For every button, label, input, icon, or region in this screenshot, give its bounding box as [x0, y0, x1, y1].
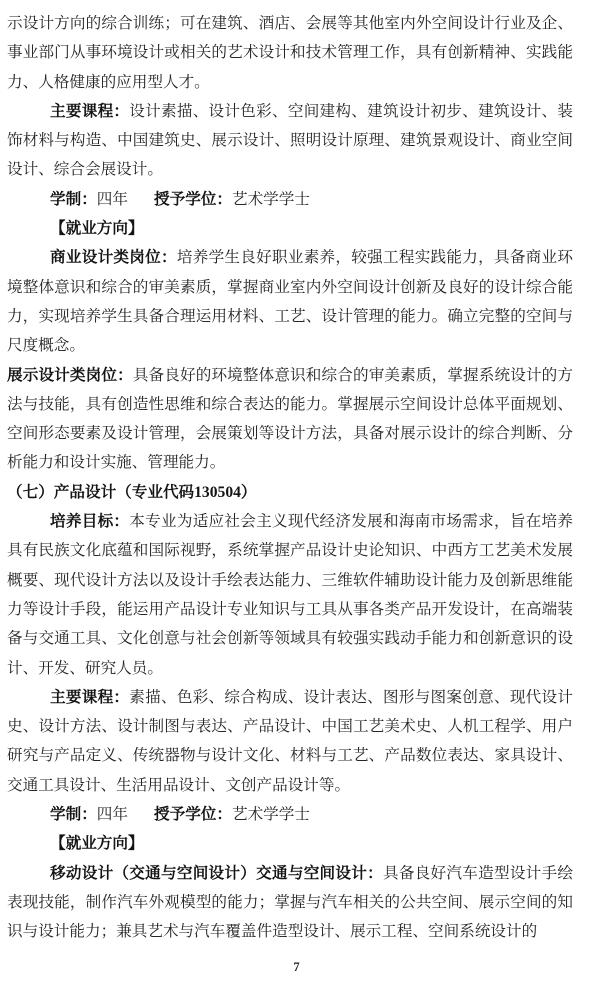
exhibition-design-jobs-paragraph: 展示设计类岗位：具备良好的环境整体意识和综合的审美素质，掌握系统设计的方法与技能… — [7, 361, 573, 478]
main-courses-paragraph-environment: 主要课程：设计素描、设计色彩、空间建构、建筑设计初步、建筑设计、装饰材料与构造、… — [7, 97, 573, 185]
employment-direction-heading-environment: 【就业方向】 — [7, 214, 573, 243]
duration-degree-line-environment: 学制：四年授予学位：艺术学学士 — [7, 185, 573, 214]
duration-degree-line-product: 学制：四年授予学位：艺术学学士 — [7, 800, 573, 829]
continuation-paragraph: 示设计方向的综合训练；可在建筑、酒店、会展等其他室内外空间设计行业及企、事业部门… — [7, 9, 573, 97]
bold-label: 移动设计（交通与空间设计）交通与空间设计： — [50, 865, 383, 882]
bold-label: 展示设计类岗位： — [7, 367, 133, 384]
bold-label: （七）产品设计（专业代码130504） — [7, 484, 257, 501]
bold-label: 主要课程： — [50, 103, 129, 120]
body-text: 艺术学学士 — [232, 191, 310, 208]
bold-label: 学制： — [50, 806, 97, 823]
bold-label: 授予学位： — [154, 806, 232, 823]
bold-label: 【就业方向】 — [50, 220, 144, 237]
page-content: 示设计方向的综合训练；可在建筑、酒店、会展等其他室内外空间设计行业及企、事业部门… — [7, 9, 573, 947]
document-page: 示设计方向的综合训练；可在建筑、酒店、会展等其他室内外空间设计行业及企、事业部门… — [0, 0, 593, 990]
main-courses-paragraph-product: 主要课程：素描、色彩、综合构成、设计表达、图形与图案创意、现代设计史、设计方法、… — [7, 683, 573, 800]
commercial-design-jobs-paragraph: 商业设计类岗位：培养学生良好职业素养，较强工程实践能力，具备商业环境整体意识和综… — [7, 243, 573, 360]
body-text: 艺术学学士 — [232, 806, 310, 823]
employment-direction-heading-product: 【就业方向】 — [7, 829, 573, 858]
training-objectives-paragraph: 培养目标：本专业为适应社会主义现代经济发展和海南市场需求，旨在培养具有民族文化底… — [7, 507, 573, 683]
bold-label: 商业设计类岗位： — [50, 249, 177, 266]
bold-label: 【就业方向】 — [50, 835, 144, 852]
mobility-design-paragraph: 移动设计（交通与空间设计）交通与空间设计：具备良好汽车造型设计手绘表现技能，制作… — [7, 859, 573, 947]
bold-label: 学制： — [50, 191, 97, 208]
page-number: 7 — [0, 960, 593, 975]
bold-label: 授予学位： — [154, 191, 232, 208]
body-text: 四年 — [97, 191, 128, 208]
bold-label: 主要课程： — [50, 689, 129, 706]
product-design-section-heading: （七）产品设计（专业代码130504） — [7, 478, 573, 507]
body-text: 示设计方向的综合训练；可在建筑、酒店、会展等其他室内外空间设计行业及企、事业部门… — [7, 15, 573, 91]
bold-label: 培养目标： — [50, 513, 129, 530]
body-text: 本专业为适应社会主义现代经济发展和海南市场需求，旨在培养具有民族文化底蕴和国际视… — [7, 513, 573, 676]
body-text: 四年 — [97, 806, 128, 823]
